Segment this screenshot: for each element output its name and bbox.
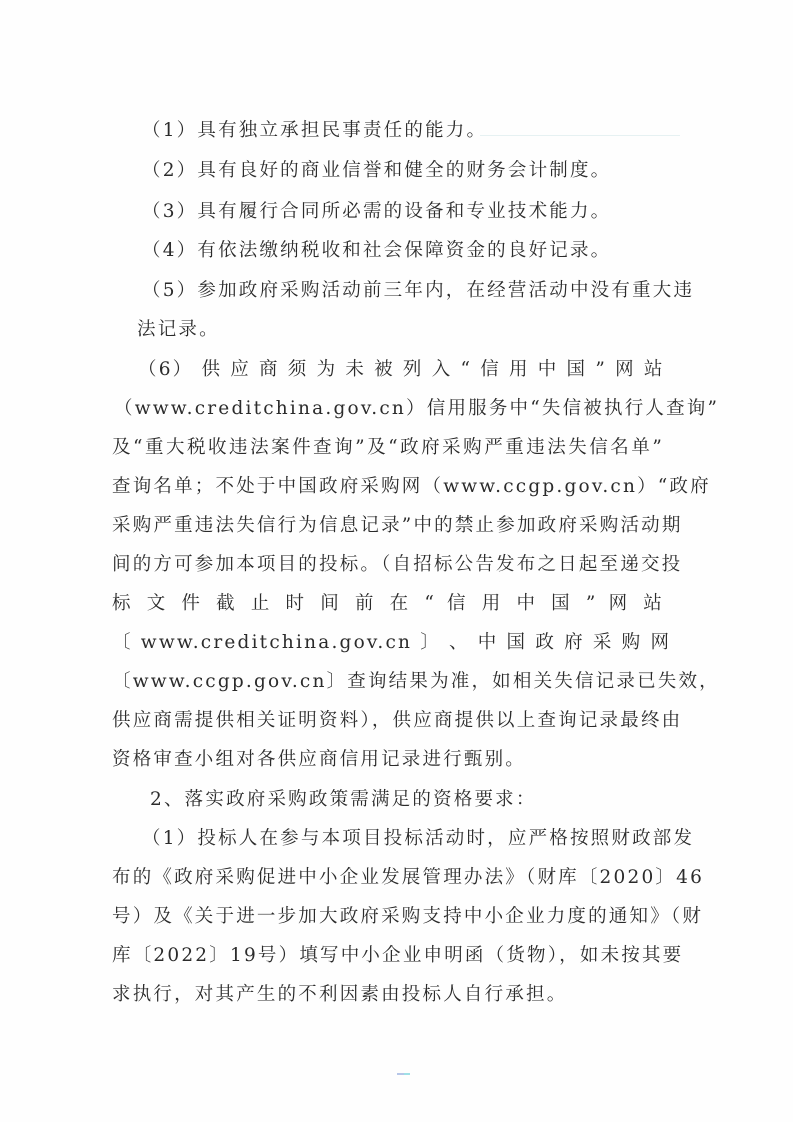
policy-item-1: （1）投标人在参与本项目投标活动时，应严格按照财政部发: [142, 819, 664, 858]
document-page: （1）具有独立承担民事责任的能力。 （2）具有良好的商业信誉和健全的财务会计制度…: [0, 0, 793, 1122]
requirement-item-6-line: 资格审查小组对各供应商信用记录进行甄别。: [112, 740, 664, 779]
requirement-item-6-line: 及“重大税收违法案件查询”及“政府采购严重违法失信名单”: [112, 428, 664, 467]
policy-item-1-line: 号）及《关于进一步加大政府采购支持中小企业力度的通知》（财: [112, 897, 664, 936]
requirement-item-1: （1）具有独立承担民事责任的能力。: [142, 111, 664, 150]
requirement-item-6-line: 采购严重违法失信行为信息记录”中的禁止参加政府采购活动期: [112, 506, 664, 545]
requirement-item-6: （6） 供 应 商 须 为 未 被 列 入 “ 信 用 中 国 ” 网 站: [138, 350, 664, 389]
requirement-item-6-line: 间的方可参加本项目的投标。（自招标公告发布之日起至递交投: [112, 545, 664, 584]
page-footer-mark: [397, 1073, 410, 1075]
requirement-item-4: （4）有依法缴纳税收和社会保障资金的良好记录。: [142, 231, 664, 270]
requirement-item-6-line: 供应商需提供相关证明资料），供应商提供以上查询记录最终由: [112, 701, 664, 740]
requirement-item-2: （2）具有良好的商业信誉和健全的财务会计制度。: [142, 151, 664, 190]
requirement-item-6-line: 〔 www.creditchina.gov.cn 〕 、 中 国 政 府 采 购…: [112, 623, 664, 662]
requirement-item-6-line: 标 文 件 截 止 时 间 前 在 “ 信 用 中 国 ” 网 站: [112, 584, 664, 623]
requirement-item-6-line: 查询名单；不处于中国政府采购网（www.ccgp.gov.cn）“政府: [112, 467, 664, 506]
requirement-item-3: （3）具有履行合同所必需的设备和专业技术能力。: [142, 192, 664, 231]
requirement-item-5-cont: 法记录。: [137, 310, 689, 349]
policy-item-1-line: 库〔2022〕19号）填写中小企业申明函（货物），如未按其要: [112, 936, 664, 975]
policy-item-1-line: 布的《政府采购促进中小企业发展管理办法》（财库〔2020〕46: [112, 858, 664, 897]
requirement-item-5: （5）参加政府采购活动前三年内，在经营活动中没有重大违: [142, 271, 664, 310]
requirement-item-6-line: （www.creditchina.gov.cn）信用服务中“失信被执行人查询”: [114, 389, 664, 428]
section-heading-2: 2、落实政府采购政策需满足的资格要求：: [150, 780, 702, 819]
policy-item-1-line: 求执行，对其产生的不利因素由投标人自行承担。: [112, 975, 664, 1014]
requirement-item-6-line: 〔www.ccgp.gov.cn〕查询结果为准，如相关失信记录已失效，: [112, 662, 664, 701]
